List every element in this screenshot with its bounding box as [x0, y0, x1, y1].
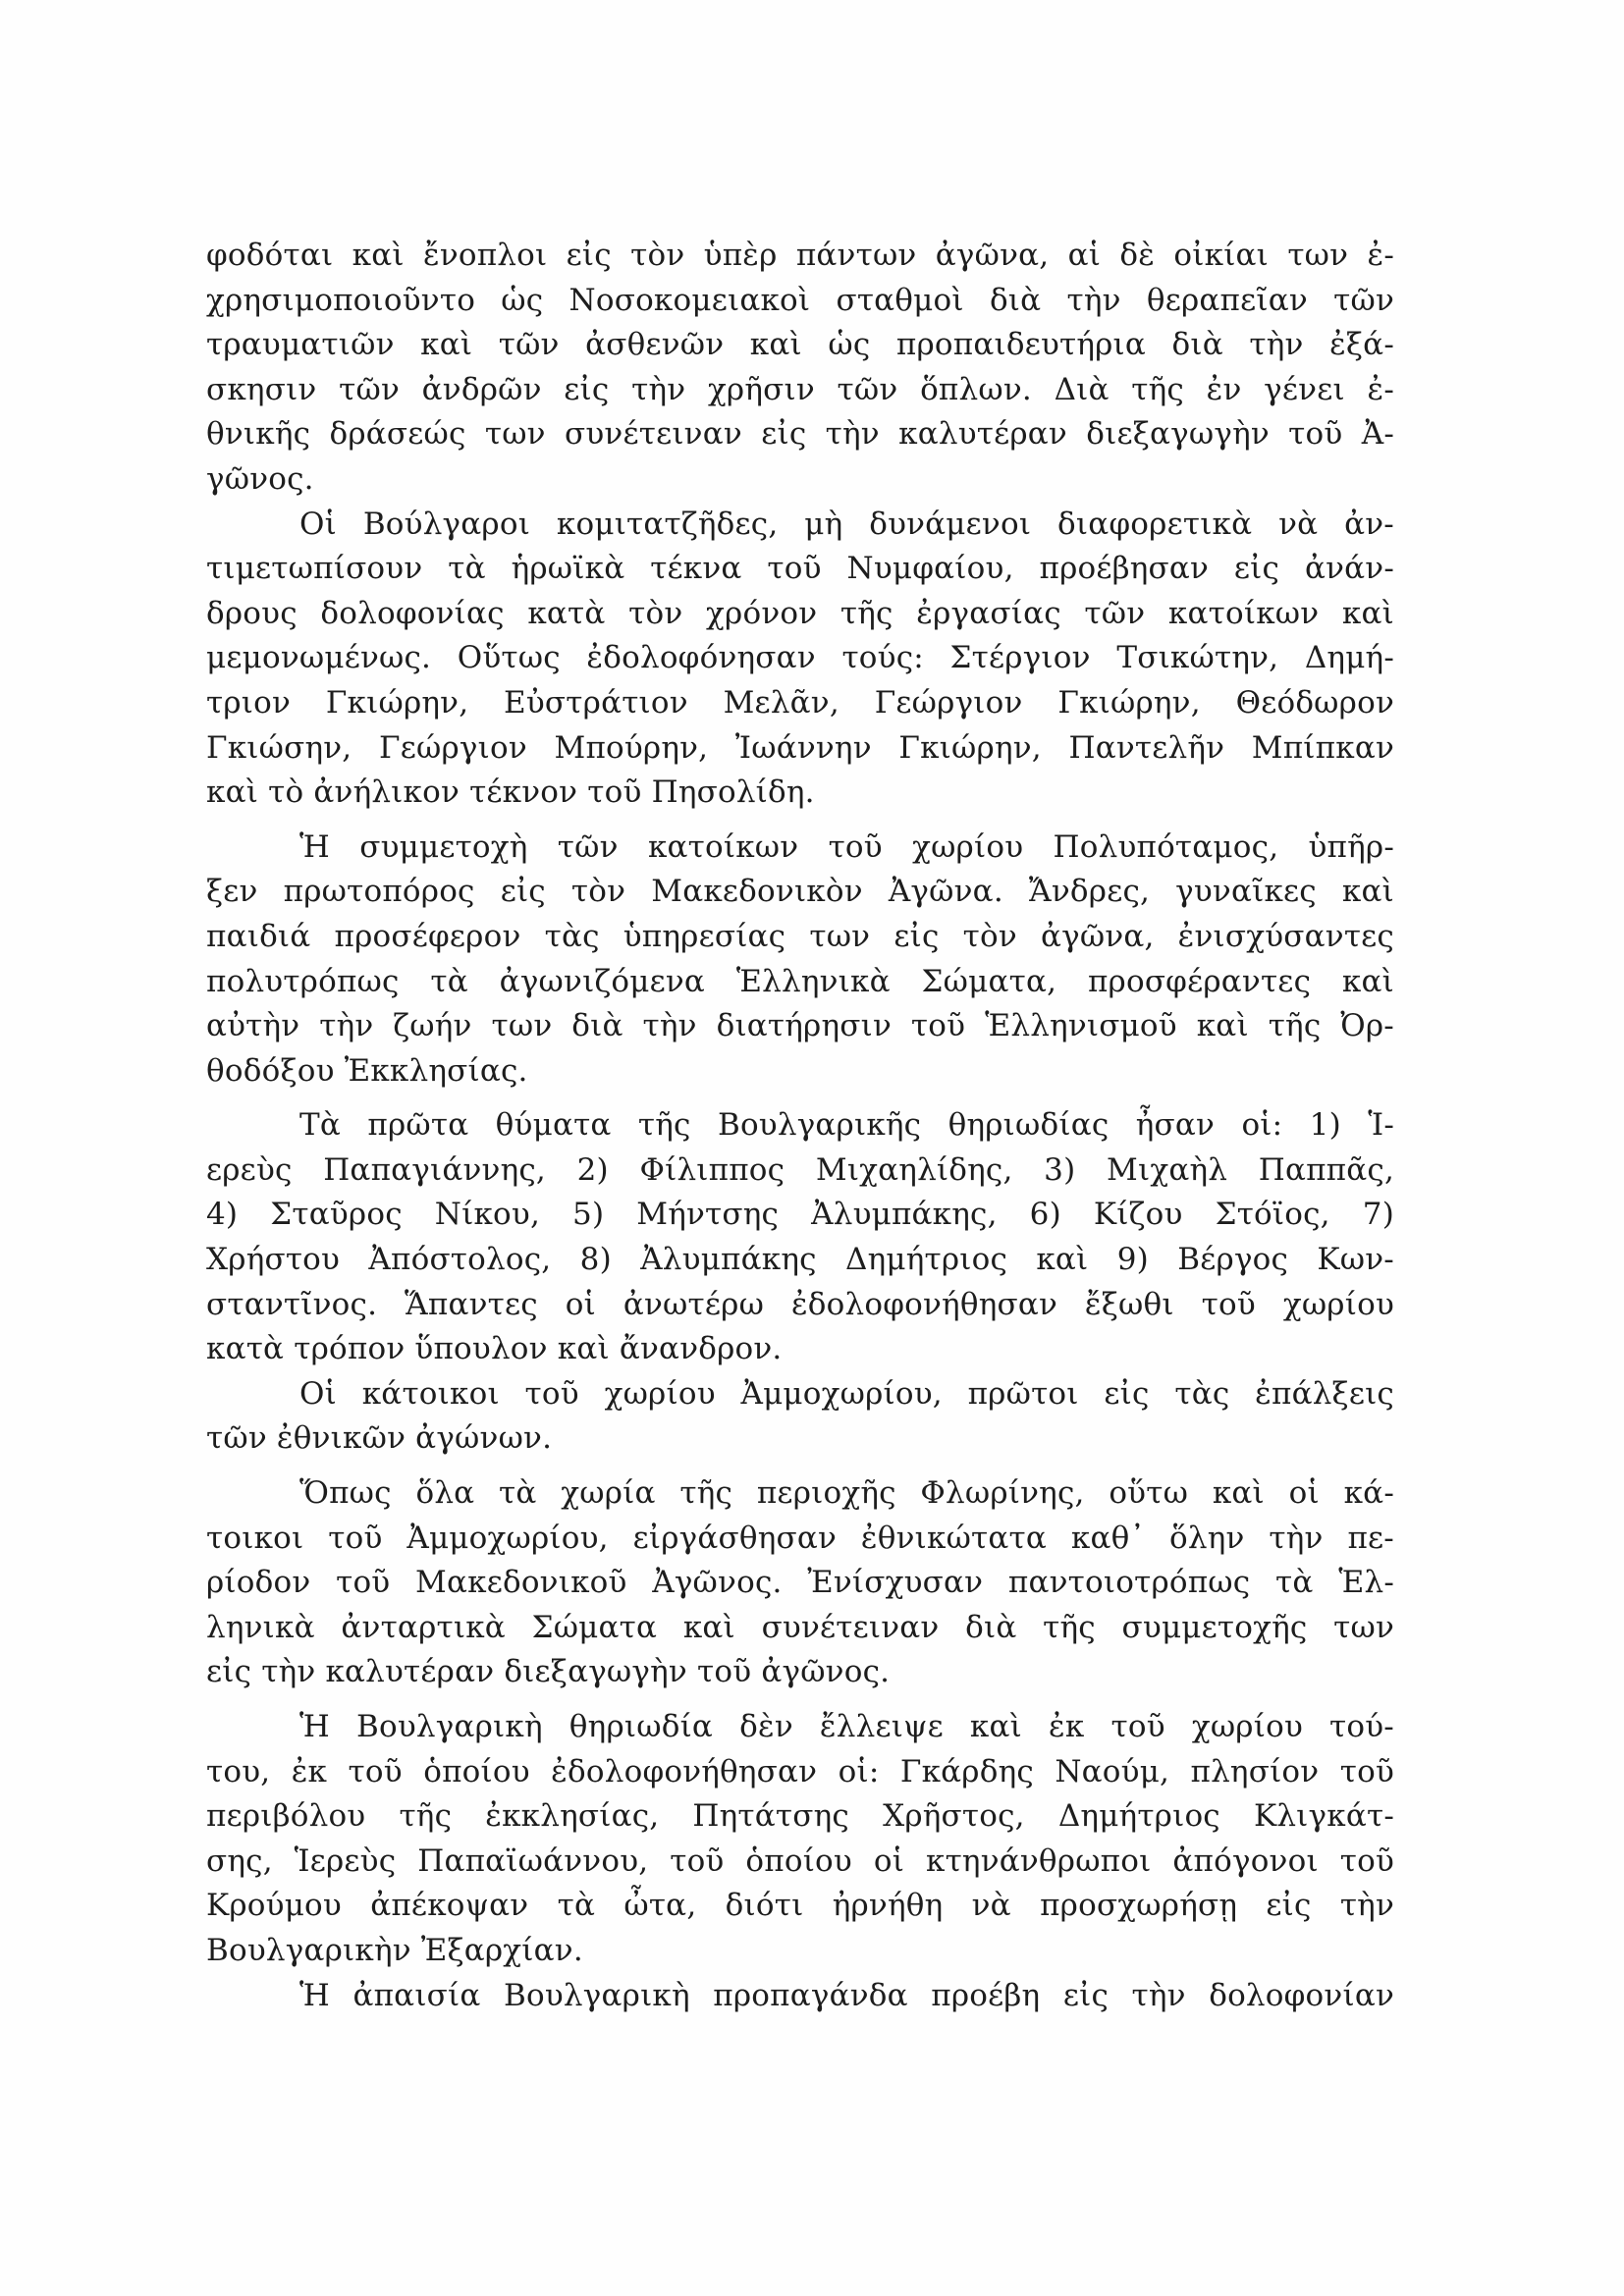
text-line: τοικοι τοῦ Ἀμμοχωρίου, εἰργάσθησαν ἐθνικ…: [206, 1517, 1394, 1562]
body-text: φοδόται καὶ ἔνοπλοι εἰς τὸν ὑπὲρ πάντων …: [206, 234, 1394, 2018]
paragraph-gap: [206, 1094, 1394, 1103]
paragraph-gap: [206, 1462, 1394, 1471]
text-line: μεμονωμένως. Οὕτως ἐδολοφόνησαν τούς: Στ…: [206, 636, 1394, 681]
text-line: Οἱ κάτοικοι τοῦ χωρίου Ἀμμοχωρίου, πρῶτο…: [206, 1372, 1394, 1417]
text-line: τριον Γκιώρην, Εὐστράτιον Μελᾶν, Γεώργιο…: [206, 681, 1394, 726]
text-line: σης, Ἱερεὺς Παπαϊωάννου, τοῦ ὁποίου οἱ κ…: [206, 1840, 1394, 1885]
paragraph: φοδόται καὶ ἔνοπλοι εἰς τὸν ὑπὲρ πάντων …: [206, 234, 1394, 503]
paragraph: Οἱ Βούλγαροι κομιτατζῆδες, μὴ δυνάμενοι …: [206, 503, 1394, 816]
text-line: Ἡ Βουλγαρικὴ θηριωδία δὲν ἔλλειψε καὶ ἐκ…: [206, 1705, 1394, 1750]
text-line: θνικῆς δράσεώς των συνέτειναν εἰς τὴν κα…: [206, 412, 1394, 457]
text-line: φοδόται καὶ ἔνοπλοι εἰς τὸν ὑπὲρ πάντων …: [206, 234, 1394, 279]
text-line: σκησιν τῶν ἀνδρῶν εἰς τὴν χρῆσιν τῶν ὅπλ…: [206, 368, 1394, 413]
text-line: ερεὺς Παπαγιάννης, 2) Φίλιππος Μιχαηλίδη…: [206, 1148, 1394, 1194]
text-line: πολυτρόπως τὰ ἀγωνιζόμενα Ἑλληνικὰ Σώματ…: [206, 960, 1394, 1005]
text-line: Οἱ Βούλγαροι κομιτατζῆδες, μὴ δυνάμενοι …: [206, 503, 1394, 548]
text-line: χρησιμοποιοῦντο ὡς Νοσοκομειακοὶ σταθμοὶ…: [206, 279, 1394, 324]
paragraph: Οἱ κάτοικοι τοῦ χωρίου Ἀμμοχωρίου, πρῶτο…: [206, 1372, 1394, 1462]
paragraph-gap: [206, 1695, 1394, 1705]
text-line: τραυματιῶν καὶ τῶν ἀσθενῶν καὶ ὡς προπαι…: [206, 323, 1394, 368]
text-line: Τὰ πρῶτα θύματα τῆς Βουλγαρικῆς θηριωδία…: [206, 1103, 1394, 1148]
text-line: δρους δολοφονίας κατὰ τὸν χρόνον τῆς ἐργ…: [206, 592, 1394, 637]
paragraph: Ἡ Βουλγαρικὴ θηριωδία δὲν ἔλλειψε καὶ ἐκ…: [206, 1705, 1394, 1974]
text-line: θοδόξου Ἐκκλησίας.: [206, 1049, 1394, 1095]
paragraph: Ἡ συμμετοχὴ τῶν κατοίκων τοῦ χωρίου Πολυ…: [206, 826, 1394, 1095]
text-line: Κρούμου ἀπέκοψαν τὰ ὦτα, διότι ἠρνήθη νὰ…: [206, 1884, 1394, 1929]
text-line: καὶ τὸ ἀνήλικον τέκνον τοῦ Πησολίδη.: [206, 771, 1394, 816]
text-line: εἰς τὴν καλυτέραν διεξαγωγὴν τοῦ ἀγῶνος.: [206, 1650, 1394, 1695]
text-line: Ὅπως ὅλα τὰ χωρία τῆς περιοχῆς Φλωρίνης,…: [206, 1471, 1394, 1517]
text-line: τῶν ἐθνικῶν ἀγώνων.: [206, 1416, 1394, 1462]
text-line: τιμετωπίσουν τὰ ἡρωϊκὰ τέκνα τοῦ Νυμφαίο…: [206, 547, 1394, 592]
text-line: αὐτὴν τὴν ζωήν των διὰ τὴν διατήρησιν το…: [206, 1004, 1394, 1049]
paragraph-gap: [206, 816, 1394, 826]
text-line: ξεν πρωτοπόρος εἰς τὸν Μακεδονικὸν Ἀγῶνα…: [206, 870, 1394, 915]
text-line: του, ἐκ τοῦ ὁποίου ἐδολοφονήθησαν οἱ: Γκ…: [206, 1750, 1394, 1795]
text-line: Γκιώσην, Γεώργιον Μπούρην, Ἰωάννην Γκιώρ…: [206, 726, 1394, 772]
text-line: ρίοδον τοῦ Μακεδονικοῦ Ἀγῶνος. Ἐνίσχυσαν…: [206, 1561, 1394, 1606]
text-line: παιδιά προσέφερον τὰς ὑπηρεσίας των εἰς …: [206, 915, 1394, 960]
text-line: γῶνος.: [206, 457, 1394, 503]
text-line: περιβόλου τῆς ἐκκλησίας, Πητάτσης Χρῆστο…: [206, 1794, 1394, 1840]
paragraph: Τὰ πρῶτα θύματα τῆς Βουλγαρικῆς θηριωδία…: [206, 1103, 1394, 1372]
text-line: Ἡ συμμετοχὴ τῶν κατοίκων τοῦ χωρίου Πολυ…: [206, 826, 1394, 871]
scanned-page: φοδόται καὶ ἔνοπλοι εἰς τὸν ὑπὲρ πάντων …: [0, 0, 1624, 2296]
text-line: 4) Σταῦρος Νίκου, 5) Μήντσης Ἀλυμπάκης, …: [206, 1193, 1394, 1238]
paragraph: Ὅπως ὅλα τὰ χωρία τῆς περιοχῆς Φλωρίνης,…: [206, 1471, 1394, 1695]
text-line: Βουλγαρικὴν Ἐξαρχίαν.: [206, 1929, 1394, 1974]
text-line: κατὰ τρόπον ὕπουλον καὶ ἄνανδρον.: [206, 1327, 1394, 1372]
text-line: Ἡ ἀπαισία Βουλγαρικὴ προπαγάνδα προέβη ε…: [206, 1974, 1394, 2019]
text-line: ληνικὰ ἀνταρτικὰ Σώματα καὶ συνέτειναν δ…: [206, 1606, 1394, 1651]
text-line: Χρήστου Ἀπόστολος, 8) Ἀλυμπάκης Δημήτριο…: [206, 1238, 1394, 1283]
paragraph: Ἡ ἀπαισία Βουλγαρικὴ προπαγάνδα προέβη ε…: [206, 1974, 1394, 2019]
text-line: σταντῖνος. Ἅπαντες οἱ ἀνωτέρω ἐδολοφονήθ…: [206, 1283, 1394, 1328]
